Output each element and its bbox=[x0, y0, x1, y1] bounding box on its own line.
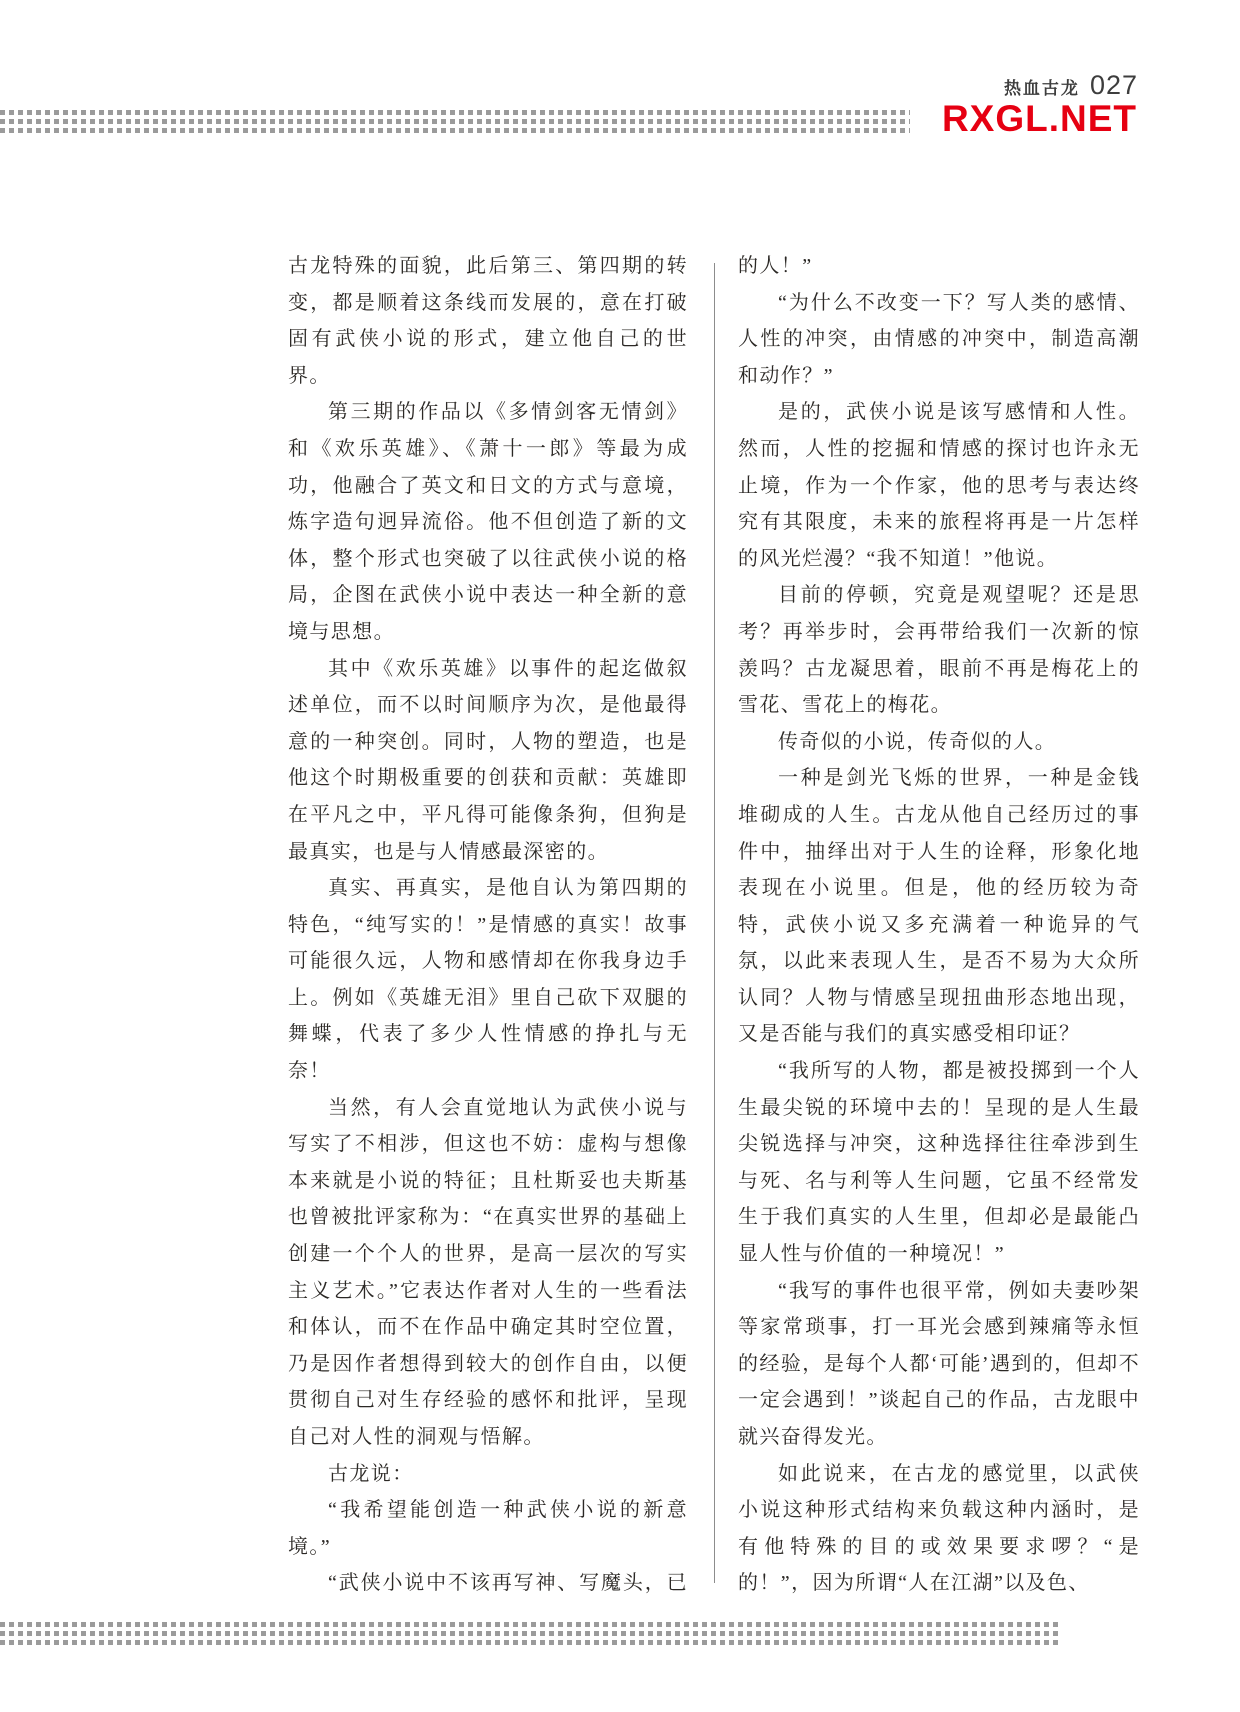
site-logo-text: RXGL.NET bbox=[942, 100, 1137, 137]
paragraph: 其中《欢乐英雄》以事件的起迄做叙述单位，而不以时间顺序为次，是他最得意的一种突创… bbox=[288, 651, 688, 871]
paragraph: 一种是剑光飞烁的世界，一种是金钱堆砌成的人生。古龙从他自己经历过的事件中，抽绎出… bbox=[738, 760, 1140, 1053]
paragraph: 如此说来，在古龙的感觉里，以武侠小说这种形式结构来负载这种内涵时，是有他特殊的目… bbox=[738, 1456, 1140, 1602]
decorative-dot-band-bottom bbox=[0, 1622, 1060, 1645]
paragraph: “我所写的人物，都是被投掷到一个人生最尖锐的环境中去的！呈现的是人生最尖锐选择与… bbox=[738, 1053, 1140, 1273]
paragraph: 当然，有人会直觉地认为武侠小说与写实了不相涉，但这也不妨：虚构与想像本来就是小说… bbox=[288, 1090, 688, 1456]
page-header: 热血古龙 027 bbox=[1004, 70, 1138, 101]
paragraph: “我写的事件也很平常，例如夫妻吵架等家常琐事，打一耳光会感到辣痛等永恒的经验，是… bbox=[738, 1273, 1140, 1456]
paragraph: “武侠小说中不该再写神、写魔头，已应该开始写人，活生生的人，有血有肉 bbox=[288, 1565, 688, 1608]
book-page: 热血古龙 027 RXGL.NET 古龙特殊的面貌，此后第三、第四期的转变，都是… bbox=[0, 0, 1240, 1712]
paragraph: 真实、再真实，是他自认为第四期的特色，“纯写实的！”是情感的真实！故事可能很久远… bbox=[288, 870, 688, 1090]
left-text-column: 古龙特殊的面貌，此后第三、第四期的转变，都是顺着这条线而发展的，意在打破固有武侠… bbox=[288, 248, 688, 1608]
paragraph: 目前的停顿，究竟是观望呢？还是思考？再举步时，会再带给我们一次新的惊羡吗？古龙凝… bbox=[738, 577, 1140, 723]
paragraph: 古龙特殊的面貌，此后第三、第四期的转变，都是顺着这条线而发展的，意在打破固有武侠… bbox=[288, 248, 688, 394]
paragraph: 传奇似的小说，传奇似的人。 bbox=[738, 724, 1140, 761]
paragraph: 是的，武侠小说是该写感情和人性。然而，人性的挖掘和情感的探讨也许永无止境，作为一… bbox=[738, 394, 1140, 577]
paragraph: 的人！” bbox=[738, 248, 1140, 285]
magazine-title: 热血古龙 bbox=[1004, 74, 1080, 99]
paragraph: 古龙说： bbox=[288, 1456, 688, 1493]
page-number: 027 bbox=[1090, 70, 1138, 101]
decorative-dot-band-top bbox=[0, 110, 910, 133]
paragraph: “为什么不改变一下？写人类的感情、人性的冲突，由情感的冲突中，制造高潮和动作？” bbox=[738, 285, 1140, 395]
paragraph: “我希望能创造一种武侠小说的新意境。” bbox=[288, 1492, 688, 1565]
paragraph: 第三期的作品以《多情剑客无情剑》和《欢乐英雄》、《萧十一郎》等最为成功，他融合了… bbox=[288, 394, 688, 650]
right-text-column: 的人！”“为什么不改变一下？写人类的感情、人性的冲突，由情感的冲突中，制造高潮和… bbox=[738, 248, 1140, 1608]
column-divider-rule bbox=[714, 263, 715, 1583]
